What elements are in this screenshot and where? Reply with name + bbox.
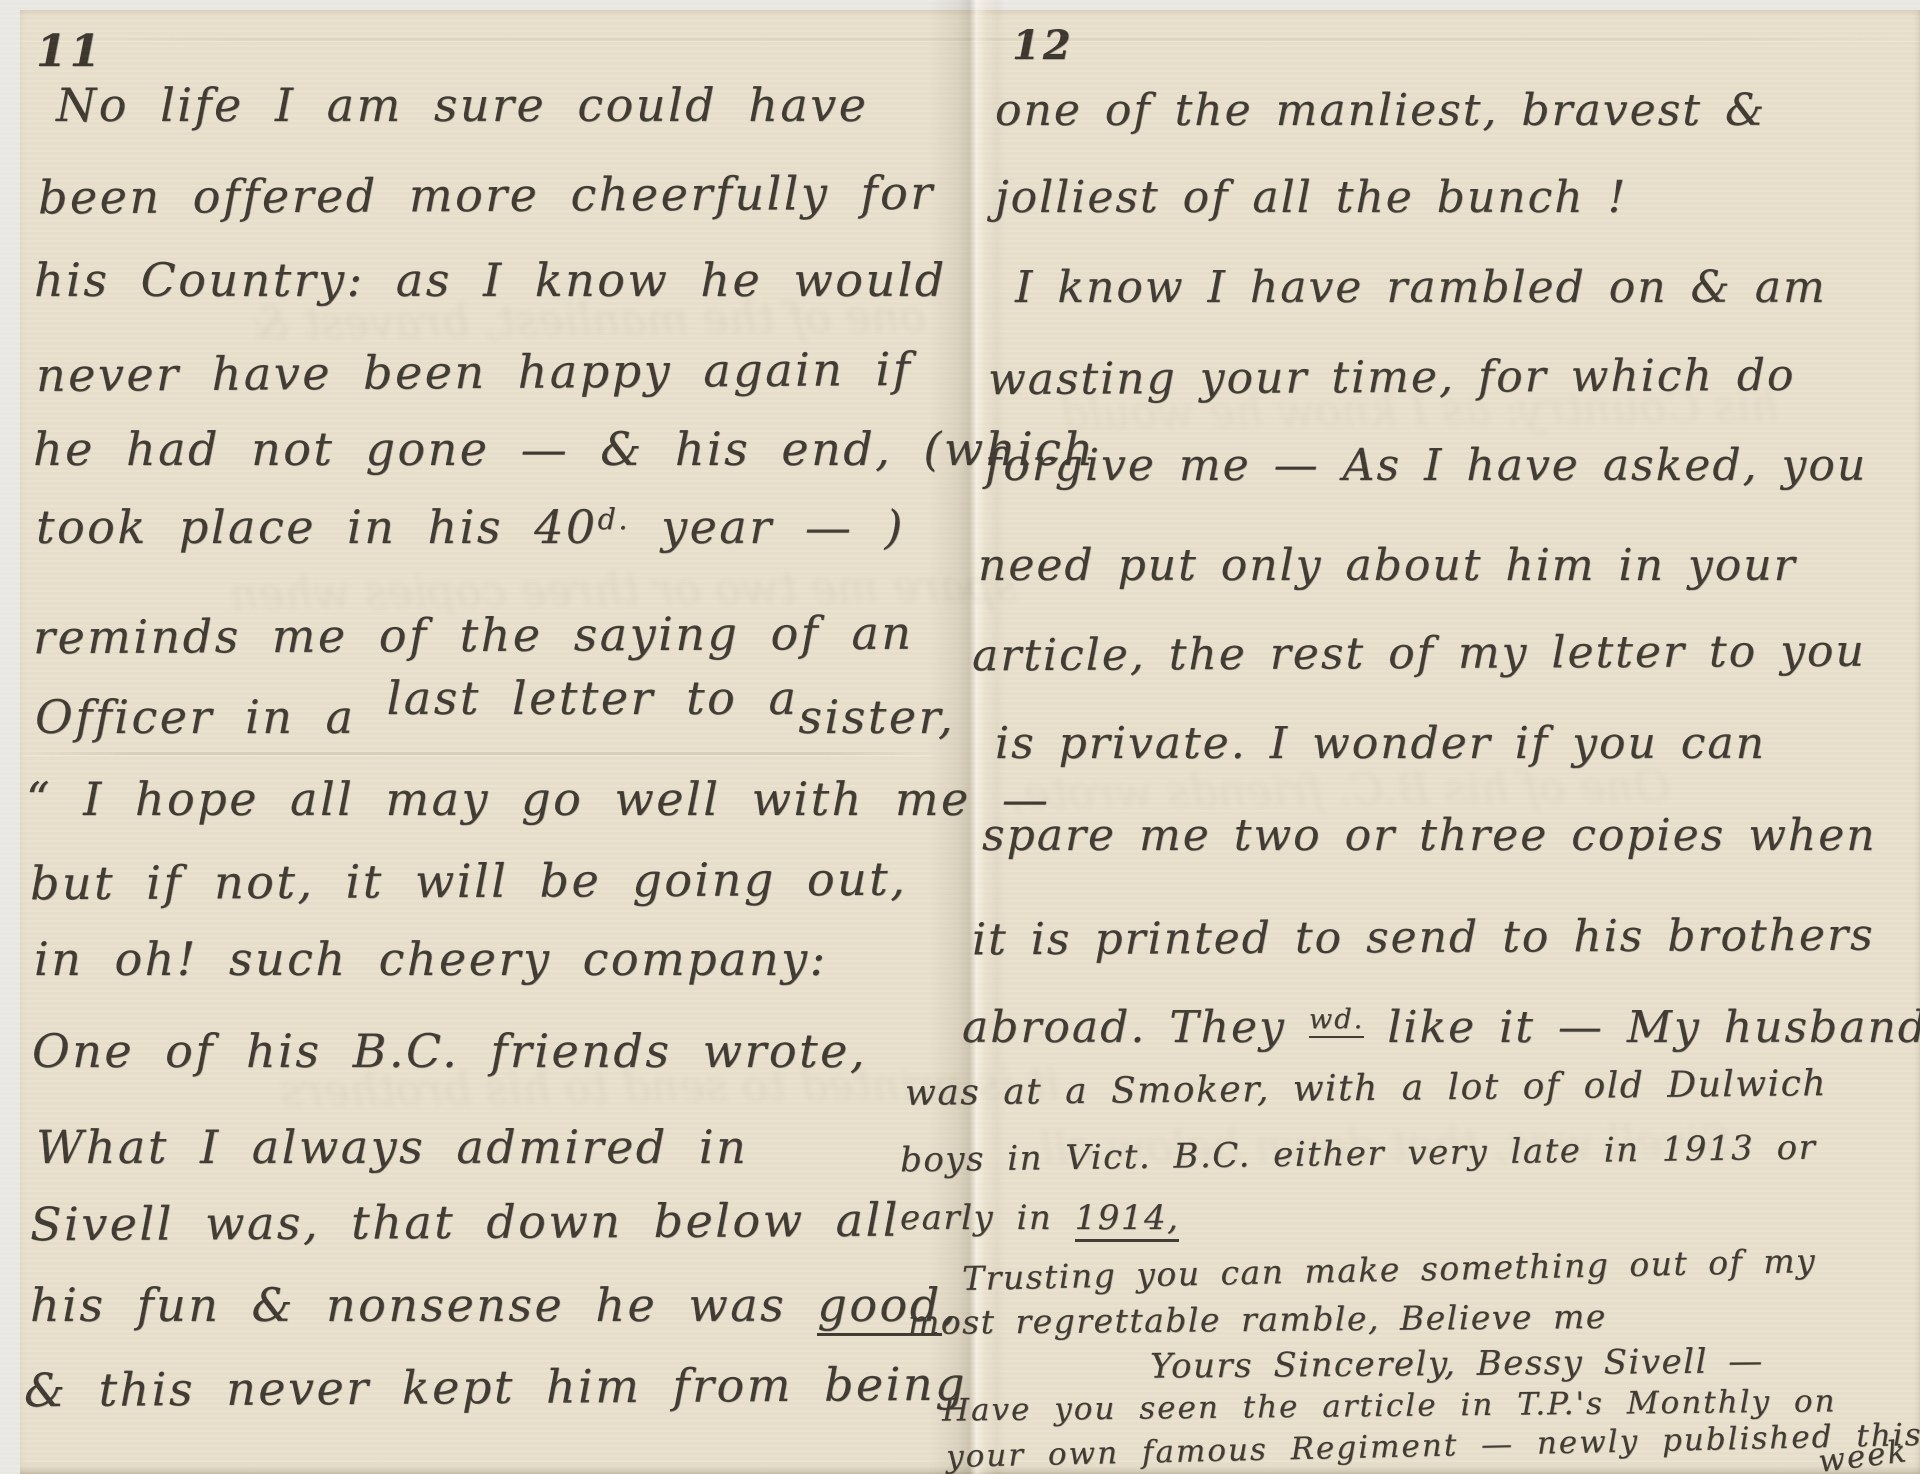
- letter-scan: one of the manliest, bravest & spare me …: [0, 0, 1920, 1474]
- handwriting-line: one of the manliest, bravest &: [995, 85, 1766, 136]
- handwriting-line: I know I have rambled on & am: [1015, 262, 1827, 313]
- handwriting-line: Yours Sincerely, Bessy Sivell —: [1150, 1341, 1764, 1386]
- handwriting-text: abroad. They: [962, 1002, 1309, 1053]
- handwriting-line: jolliest of all the bunch !: [995, 172, 1627, 223]
- handwriting-line: need put only about him in your: [978, 540, 1797, 591]
- handwriting-line: abroad. They wd. like it — My husband: [962, 1002, 1920, 1053]
- left-page-fold-crease: [22, 752, 934, 755]
- handwriting-line: in oh! such cheery company:: [34, 932, 828, 986]
- handwriting-line: is private. I wonder if you can: [995, 718, 1766, 769]
- handwriting-line: reminds me of the saying of an: [33, 606, 914, 665]
- handwriting-text: Officer in a: [35, 690, 387, 744]
- handwriting-line: Sivell was, that down below all: [30, 1193, 900, 1252]
- handwriting-text: like it — My husband: [1364, 1002, 1920, 1053]
- handwriting-line: spare me two or three copies when: [982, 810, 1877, 861]
- handwriting-text: early in: [900, 1198, 1075, 1238]
- handwriting-line: his fun & nonsense he was good,: [30, 1278, 959, 1332]
- handwriting-line: never have been happy again if: [36, 342, 913, 402]
- handwriting-text: year — ): [630, 500, 905, 554]
- handwriting-line: “ I hope all may go well with me —: [26, 772, 1050, 826]
- handwriting-text: sister,: [798, 690, 955, 744]
- handwriting-line: took place in his 40d. year — ): [36, 500, 905, 554]
- handwriting-line: early in 1914,: [900, 1198, 1179, 1238]
- handwriting-line: What I always admired in: [36, 1120, 748, 1174]
- handwriting-line: been offered more cheerfully for: [38, 166, 935, 225]
- handwriting-line: he had not gone — & his end, (which: [33, 422, 1095, 476]
- handwriting-text: his fun & nonsense he was: [30, 1278, 817, 1332]
- handwriting-line: & this never kept him from being: [24, 1357, 967, 1418]
- superscript-text: d.: [598, 503, 630, 536]
- handwriting-line: No life I am sure could have: [56, 78, 869, 132]
- handwriting-line: his Country: as I know he would: [34, 253, 947, 307]
- handwriting-line: One of his B.C. friends wrote,: [32, 1024, 867, 1078]
- right-page-number: 12: [1012, 22, 1074, 69]
- handwriting-line: it is printed to send to his brothers: [972, 910, 1875, 966]
- handwriting-line: most regrettable ramble, Believe me: [908, 1297, 1607, 1342]
- handwriting-text: took place in his 40: [36, 500, 598, 554]
- left-page-number: 11: [36, 26, 103, 77]
- handwriting-line: Officer in a last letter to a sister,: [35, 690, 955, 744]
- handwriting-line: but if not, it will be going out,: [30, 852, 908, 911]
- raised-phrase: last letter to a: [387, 671, 799, 725]
- superscript-text: wd.: [1309, 1004, 1364, 1038]
- handwriting-line: forgive me — As I have asked, you: [985, 440, 1867, 491]
- handwriting-line: wasting your time, for which do: [988, 350, 1796, 405]
- handwriting-line: article, the rest of my letter to you: [972, 626, 1866, 682]
- underlined-word: 1914,: [1075, 1198, 1180, 1242]
